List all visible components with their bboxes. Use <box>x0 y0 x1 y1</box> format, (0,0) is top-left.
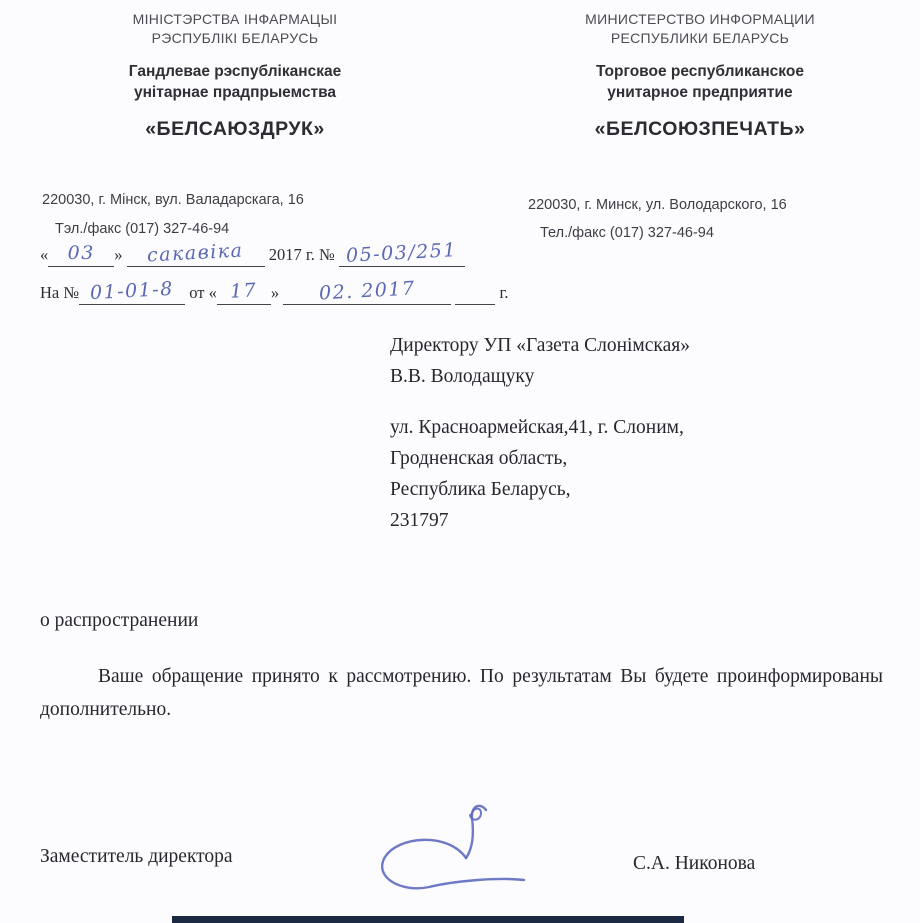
phone-belarusian: Тэл./факс (017) 327-46-94 <box>55 221 229 237</box>
letterhead-belarusian: МІНІСТЭРСТВА ІНФАРМАЦЫІ РЭСПУБЛІКІ БЕЛАР… <box>55 10 415 141</box>
reply-day-handwritten: 17 <box>230 279 258 302</box>
recipient-country: Республика Беларусь, <box>390 474 690 505</box>
reply-day-field: 17 <box>217 281 271 305</box>
recipient-block: Директору УП «Газета Слонімская» В.В. Во… <box>390 330 690 536</box>
org-line1-by: Гандлевае рэспубліканскае <box>55 61 415 82</box>
signer-name: С.А. Никонова <box>633 853 755 875</box>
year-label: 2017 г. № <box>269 245 335 264</box>
open-quote: « <box>40 245 48 264</box>
reply-suffix-label: г. <box>499 283 508 302</box>
outgoing-date-line: «03» сакавіка 2017 г. № 05-03/251 <box>40 243 465 267</box>
signature-ink <box>368 800 538 895</box>
recipient-name: В.В. Володащуку <box>390 361 690 392</box>
company-name-ru: «БЕЛСОЮЗПЕЧАТЬ» <box>520 118 880 141</box>
reply-number-handwritten: 01-01-8 <box>90 278 175 304</box>
reply-date-handwritten: 02. 2017 <box>318 277 416 304</box>
reply-close-quote: » <box>271 283 279 302</box>
address-belarusian: 220030, г. Мінск, вул. Валадарскага, 16 <box>42 192 304 208</box>
phone-russian: Тел./факс (017) 327-46-94 <box>540 225 714 241</box>
ministry-line2-by: РЭСПУБЛІКІ БЕЛАРУСЬ <box>55 29 415 48</box>
reply-date-field: 02. 2017 <box>283 281 451 305</box>
reply-number-field: 01-01-8 <box>79 281 185 305</box>
subject-line: о распространении <box>40 610 198 632</box>
org-line2-by: унітарнае прадпрыемства <box>55 82 415 103</box>
close-quote: » <box>114 245 122 264</box>
letterhead-russian: МИНИСТЕРСТВО ИНФОРМАЦИИ РЕСПУБЛИКИ БЕЛАР… <box>520 10 880 141</box>
outgoing-number-field: 05-03/251 <box>339 243 465 267</box>
recipient-title: Директору УП «Газета Слонімская» <box>390 330 690 361</box>
reply-from-label: от « <box>189 283 217 302</box>
letter-page: МІНІСТЭРСТВА ІНФАРМАЦЫІ РЭСПУБЛІКІ БЕЛАР… <box>0 0 920 923</box>
ministry-line1-ru: МИНИСТЕРСТВО ИНФОРМАЦИИ <box>520 10 880 29</box>
ministry-line2-ru: РЕСПУБЛИКИ БЕЛАРУСЬ <box>520 29 880 48</box>
signer-position: Заместитель директора <box>40 846 233 868</box>
outgoing-number-handwritten: 05-03/251 <box>346 239 458 267</box>
incoming-reference-line: На №01-01-8 от «17» 02. 2017 г. <box>40 281 509 305</box>
org-line2-ru: унитарное предприятие <box>520 82 880 103</box>
company-name-by: «БЕЛСАЮЗДРУК» <box>55 118 415 141</box>
recipient-region: Гродненская область, <box>390 443 690 474</box>
org-line1-ru: Торговое республиканское <box>520 61 880 82</box>
reply-prefix-label: На № <box>40 283 79 302</box>
address-russian: 220030, г. Минск, ул. Володарского, 16 <box>528 197 787 213</box>
date-day-handwritten: 03 <box>68 242 95 264</box>
body-paragraph: Ваше обращение принято к рассмотрению. П… <box>40 660 883 726</box>
date-day-field: 03 <box>48 243 114 267</box>
date-month-field: сакавіка <box>127 243 265 267</box>
recipient-street: ул. Красноармейская,41, г. Слоним, <box>390 412 690 443</box>
reply-empty-field <box>455 283 495 305</box>
ministry-line1-by: МІНІСТЭРСТВА ІНФАРМАЦЫІ <box>55 10 415 29</box>
scan-edge-artifact <box>172 916 684 923</box>
recipient-postcode: 231797 <box>390 505 690 536</box>
date-month-handwritten: сакавіка <box>147 239 244 266</box>
